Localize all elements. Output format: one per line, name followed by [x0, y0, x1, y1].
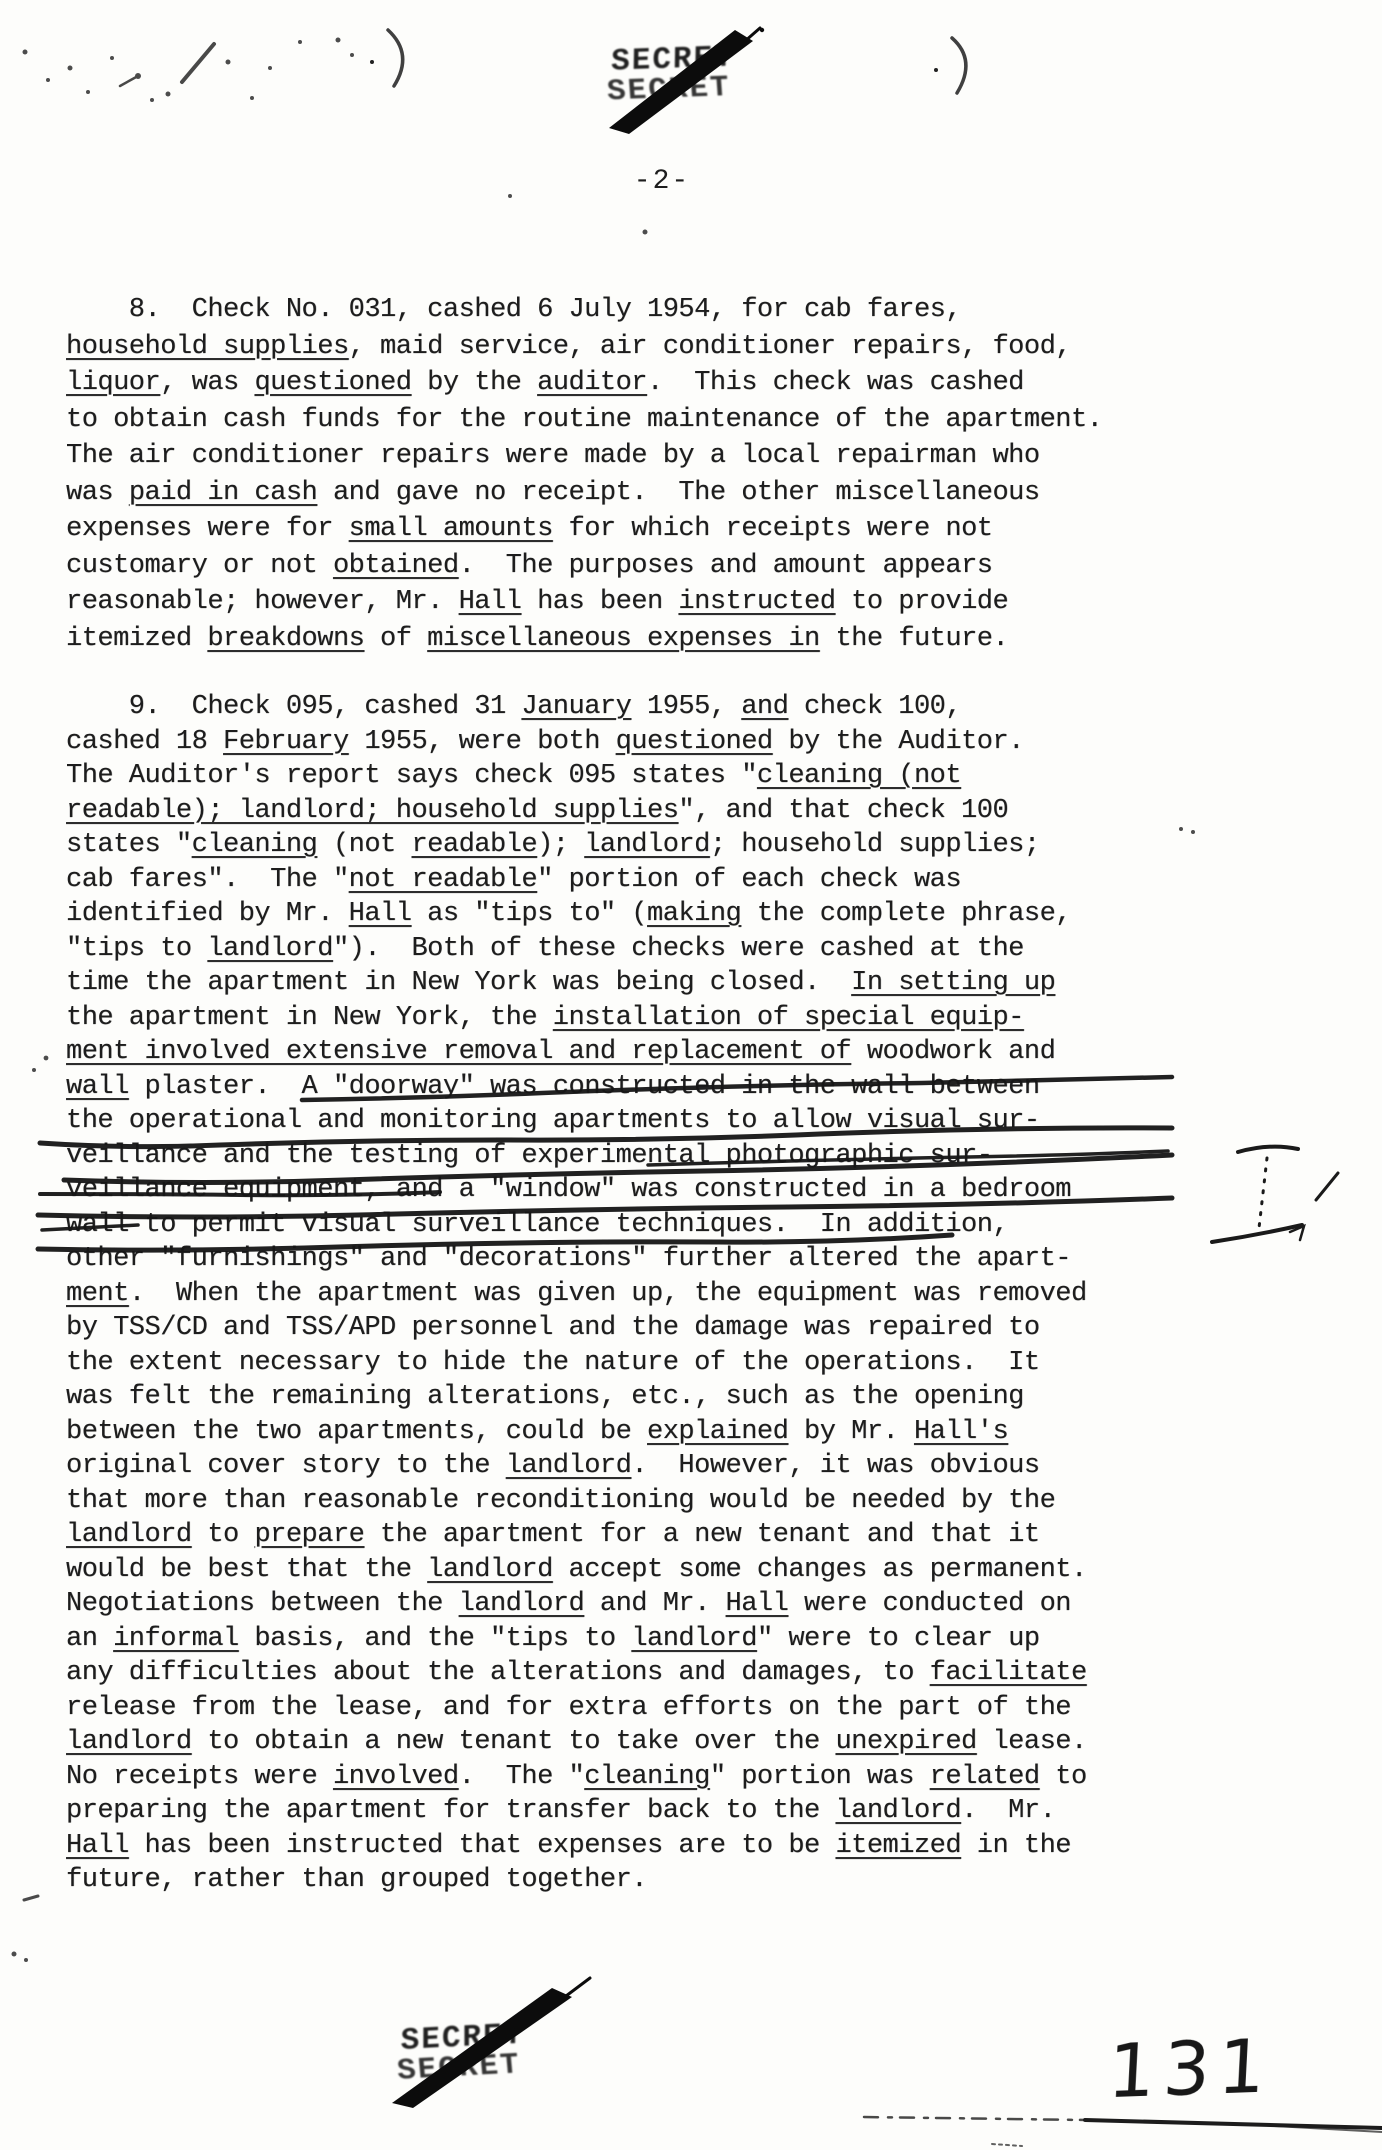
text-line: the apartment in New York, the installat… — [66, 1001, 1102, 1036]
text-line: The Auditor's report says check 095 stat… — [66, 759, 1102, 794]
text-line: cab fares". The "not readable" portion o… — [66, 863, 1102, 898]
text-line: that more than reasonable reconditioning… — [66, 1484, 1102, 1519]
paren-mark-left — [388, 30, 403, 86]
text-line: time the apartment in New York was being… — [66, 966, 1102, 1001]
text-line: states "cleaning (not readable); landlor… — [66, 828, 1102, 863]
text-line: liquor, was questioned by the auditor. T… — [66, 365, 1102, 402]
text-line: readable); landlord; household supplies"… — [66, 794, 1102, 829]
text-line: preparing the apartment for transfer bac… — [66, 1794, 1102, 1829]
text-line: original cover story to the landlord. Ho… — [66, 1449, 1102, 1484]
text-line: any difficulties about the alterations a… — [66, 1656, 1102, 1691]
text-line: itemized breakdowns of miscellaneous exp… — [66, 621, 1102, 658]
text-line: The air conditioner repairs were made by… — [66, 438, 1102, 475]
secret-stamp-top-text-overstrike: SECRET — [606, 71, 732, 109]
text-line: was paid in cash and gave no receipt. Th… — [66, 475, 1102, 512]
text-line: by TSS/CD and TSS/APD personnel and the … — [66, 1311, 1102, 1346]
text-line: 9. Check 095, cashed 31 January 1955, an… — [66, 690, 1102, 725]
text-line: "tips to landlord"). Both of these check… — [66, 932, 1102, 967]
text-line: 8. Check No. 031, cashed 6 July 1954, fo… — [66, 292, 1102, 329]
text-line: No receipts were involved. The "cleaning… — [66, 1760, 1102, 1795]
text-line: the extent necessary to hide the nature … — [66, 1346, 1102, 1381]
text-line: Hall has been instructed that expenses a… — [66, 1829, 1102, 1864]
text-line: ment. When the apartment was given up, t… — [66, 1277, 1102, 1312]
document-body: 8. Check No. 031, cashed 6 July 1954, fo… — [66, 292, 1102, 1898]
text-line: was felt the remaining alterations, etc.… — [66, 1380, 1102, 1415]
text-line: identified by Mr. Hall as "tips to" (mak… — [66, 897, 1102, 932]
bottom-rule-line — [864, 2117, 1382, 2146]
paren-mark-right — [952, 38, 966, 93]
text-line: between the two apartments, could be exp… — [66, 1415, 1102, 1450]
text-line: ment involved extensive removal and repl… — [66, 1035, 1102, 1070]
text-line: household supplies, maid service, air co… — [66, 329, 1102, 366]
paragraph-9: 9. Check 095, cashed 31 January 1955, an… — [66, 690, 1102, 1898]
text-line: cashed 18 February 1955, were both quest… — [66, 725, 1102, 760]
text-line: wall to permit visual surveillance techn… — [66, 1208, 1102, 1243]
margin-mark — [1212, 1147, 1338, 1242]
text-line: other "furnishings" and "decorations" fu… — [66, 1242, 1102, 1277]
page-number: -2- — [0, 166, 1324, 197]
text-line: veillance equipment, and a "window" was … — [66, 1173, 1102, 1208]
text-line: customary or not obtained. The purposes … — [66, 548, 1102, 585]
text-line: Negotiations between the landlord and Mr… — [66, 1587, 1102, 1622]
text-line: to obtain cash funds for the routine mai… — [66, 402, 1102, 439]
text-line: expenses were for small amounts for whic… — [66, 511, 1102, 548]
text-line: an informal basis, and the "tips to land… — [66, 1622, 1102, 1657]
secret-stamp-bottom-text-overstrike: SECRET — [396, 2049, 522, 2089]
text-line: future, rather than grouped together. — [66, 1863, 1102, 1898]
secret-stamp-top: SECRET SECRET — [602, 37, 775, 135]
handwritten-page-number: 131 — [1106, 2023, 1276, 2115]
document-page: SECRET SECRET -2- 8. Check No. 031, cash… — [0, 0, 1382, 2150]
paragraph-8: 8. Check No. 031, cashed 6 July 1954, fo… — [66, 292, 1102, 657]
text-line: reasonable; however, Mr. Hall has been i… — [66, 584, 1102, 621]
text-line: wall plaster. A "doorway" was constructe… — [66, 1070, 1102, 1105]
secret-stamp-bottom: SECRET SECRET — [392, 2014, 567, 2115]
text-line: the operational and monitoring apartment… — [66, 1104, 1102, 1139]
text-line: landlord to prepare the apartment for a … — [66, 1518, 1102, 1553]
text-line: veillance and the testing of experimenta… — [66, 1139, 1102, 1174]
text-line: release from the lease, and for extra ef… — [66, 1691, 1102, 1726]
text-line: landlord to obtain a new tenant to take … — [66, 1725, 1102, 1760]
text-line: would be best that the landlord accept s… — [66, 1553, 1102, 1588]
